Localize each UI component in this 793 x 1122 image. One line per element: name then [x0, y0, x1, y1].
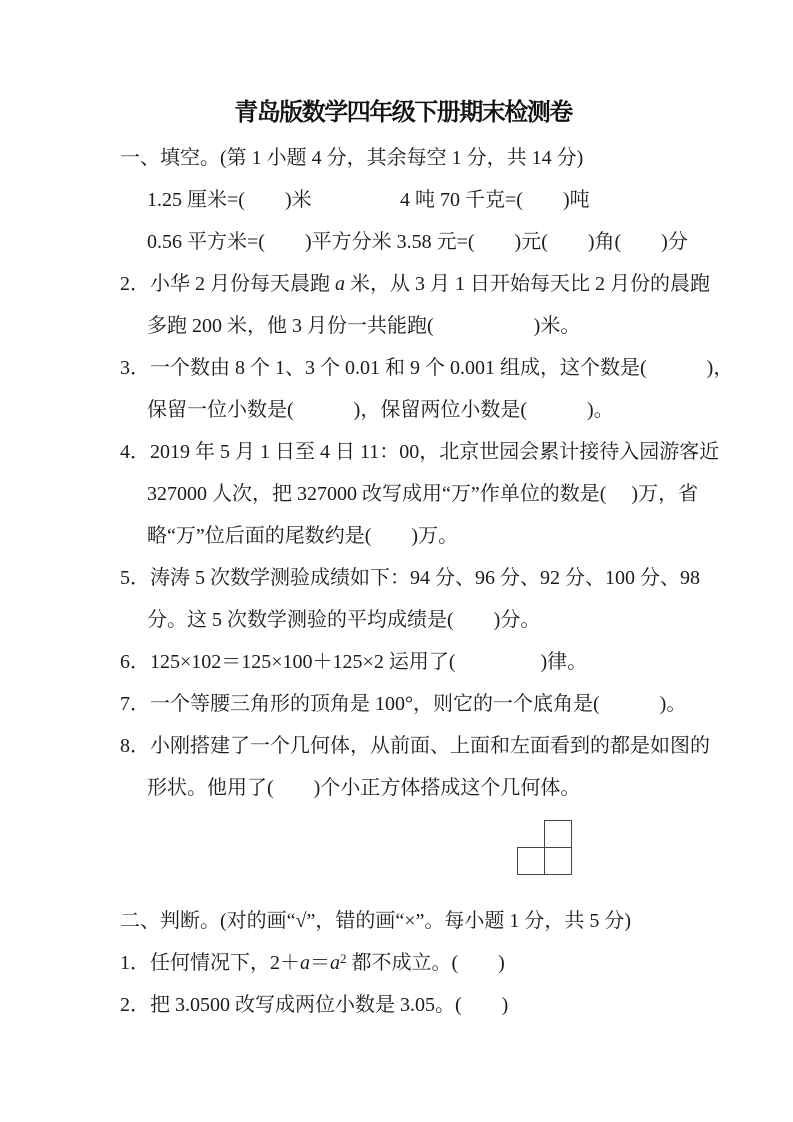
- q3-line-2: 保留一位小数是( )，保留两位小数是( )。: [120, 389, 720, 431]
- q5-line-1: 5．涛涛 5 次数学测验成绩如下：94 分、96 分、92 分、100 分、98: [120, 557, 720, 599]
- text-run: 2．小华 2 月份每天晨跑: [120, 273, 335, 295]
- text-run: 5．涛涛 5 次数学测验成绩如下：94 分、96 分、92 分、100 分、98: [120, 567, 700, 589]
- text-run: ＝: [310, 952, 330, 974]
- text-run: 都不成立。( ): [347, 952, 505, 974]
- judge-q1-line: 1．任何情况下，2＋a＝a2 都不成立。( ): [120, 942, 720, 984]
- q5-line-2: 分。这 5 次数学测验的平均成绩是( )分。: [120, 599, 720, 641]
- q1-unit-conversion-row-1-col: 4 吨 70 千克=( )吨: [400, 179, 590, 221]
- text-run: 分。这 5 次数学测验的平均成绩是( )分。: [147, 609, 540, 631]
- text-run: 二、判断。(对的画“√”，错的画“×”。每小题 1 分，共 5 分): [120, 910, 631, 932]
- q6-line: 6．125×102＝125×100＋125×2 运用了( )律。: [120, 641, 720, 683]
- q1-unit-conversion-row-1: 1.25 厘米=( )米4 吨 70 千克=( )吨: [120, 179, 720, 221]
- text-run: 一、填空。(第 1 小题 4 分，其余每空 1 分，共 14 分): [120, 147, 583, 169]
- text-run: 4．2019 年 5 月 1 日至 4 日 11：00，北京世园会累计接待入园游…: [120, 441, 719, 463]
- q4-line-1: 4．2019 年 5 月 1 日至 4 日 11：00，北京世园会累计接待入园游…: [120, 431, 720, 473]
- q1-unit-conversion-row-1-col: 1.25 厘米=( )米: [147, 179, 400, 221]
- exam-paper: 青岛版数学四年级下册期末检测卷 一、填空。(第 1 小题 4 分，其余每空 1 …: [0, 0, 793, 1122]
- section-1-heading: 一、填空。(第 1 小题 4 分，其余每空 1 分，共 14 分): [120, 137, 720, 179]
- text-run: 3．一个数由 8 个 1、3 个 0.01 和 9 个 0.001 组成，这个数…: [120, 357, 733, 379]
- text-run: 8．小刚搭建了一个几何体，从前面、上面和左面看到的都是如图的: [120, 735, 710, 757]
- q3-line-1: 3．一个数由 8 个 1、3 个 0.01 和 9 个 0.001 组成，这个数…: [120, 347, 720, 389]
- text-run: 保留一位小数是( )，保留两位小数是( )。: [147, 399, 614, 421]
- text-run: 4 吨 70 千克=( )吨: [400, 189, 590, 211]
- text-run: 7．一个等腰三角形的顶角是 100°，则它的一个底角是( )。: [120, 693, 686, 715]
- text-run: 形状。他用了( )个小正方体搭成这个几何体。: [147, 777, 580, 799]
- q8-line-1: 8．小刚搭建了一个几何体，从前面、上面和左面看到的都是如图的: [120, 725, 720, 767]
- variable-italic: a: [335, 273, 345, 295]
- figure-square: [545, 848, 572, 875]
- q7-line: 7．一个等腰三角形的顶角是 100°，则它的一个底角是( )。: [120, 683, 720, 725]
- judge-q2-line: 2．把 3.0500 改写成两位小数是 3.05。( ): [120, 984, 720, 1026]
- cube-views-figure: [517, 820, 572, 875]
- text-run: 米，从 3 月 1 日开始每天比 2 月份的晨跑: [345, 273, 710, 295]
- page-title: 青岛版数学四年级下册期末检测卷: [103, 96, 703, 130]
- exam-page: 青岛版数学四年级下册期末检测卷 一、填空。(第 1 小题 4 分，其余每空 1 …: [120, 96, 720, 1026]
- q8-line-2: 形状。他用了( )个小正方体搭成这个几何体。: [120, 767, 720, 809]
- variable-italic: a: [300, 952, 310, 974]
- q4-line-2: 327000 人次，把 327000 改写成用“万”作单位的数是( )万，省: [120, 473, 720, 515]
- section-2-heading: 二、判断。(对的画“√”，错的画“×”。每小题 1 分，共 5 分): [120, 900, 720, 942]
- q4-line-3: 略“万”位后面的尾数约是( )万。: [120, 515, 720, 557]
- figure-square: [545, 821, 572, 848]
- exam-body: 一、填空。(第 1 小题 4 分，其余每空 1 分，共 14 分)1.25 厘米…: [120, 137, 720, 1026]
- text-run: 2．把 3.0500 改写成两位小数是 3.05。( ): [120, 994, 508, 1016]
- figure-square: [518, 848, 545, 875]
- variable-italic: a: [330, 952, 340, 974]
- text-run: 多跑 200 米，他 3 月份一共能跑( )米。: [147, 315, 580, 337]
- text-run: 0.56 平方米=( )平方分米 3.58 元=( )元( )角( )分: [147, 231, 688, 253]
- text-run: 1．任何情况下，2＋: [120, 952, 300, 974]
- q1-unit-conversion-row-2: 0.56 平方米=( )平方分米 3.58 元=( )元( )角( )分: [120, 221, 720, 263]
- text-run: 327000 人次，把 327000 改写成用“万”作单位的数是( )万，省: [147, 483, 698, 505]
- q2-line-2: 多跑 200 米，他 3 月份一共能跑( )米。: [120, 305, 720, 347]
- cube-views-figure: [120, 820, 720, 900]
- text-run: 略“万”位后面的尾数约是( )万。: [147, 525, 458, 547]
- text-run: 1.25 厘米=( )米: [147, 189, 312, 211]
- text-run: 6．125×102＝125×100＋125×2 运用了( )律。: [120, 651, 587, 673]
- q2-line-1: 2．小华 2 月份每天晨跑 a 米，从 3 月 1 日开始每天比 2 月份的晨跑: [120, 263, 720, 305]
